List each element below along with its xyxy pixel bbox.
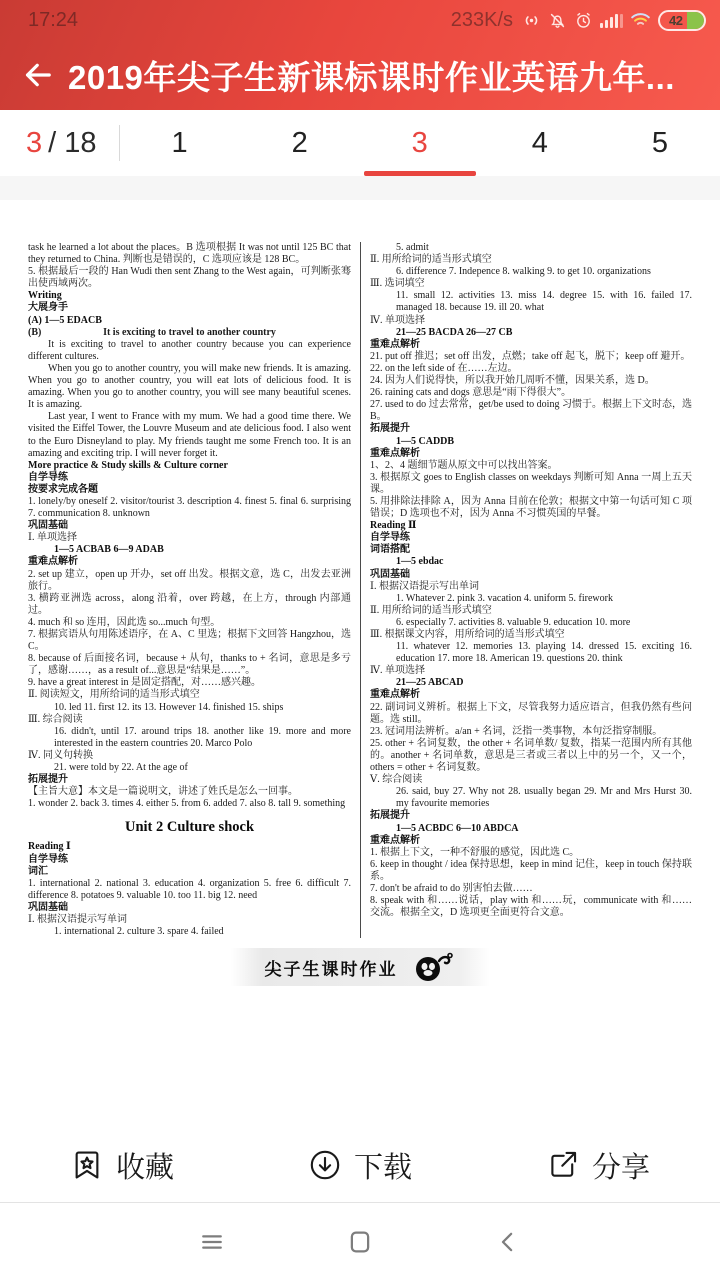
top-red-block: 17:24 233K/s [0,0,720,110]
doc-line: 5. 用排除法排除 A，因为 Anna 目前在伦敦；根据文中第一句话可知 C 项… [370,496,692,520]
hotspot-icon [522,11,541,30]
home-square-icon [345,1227,375,1257]
doc-line: 25. other + 名词复数，the other + 名词单数/ 复数，指某… [370,738,692,774]
doc-line: 6. keep in thought / idea 保持思想，keep in m… [370,859,692,883]
doc-column-right: 5. admitⅡ. 用所给词的适当形式填空6. difference 7. I… [360,242,692,938]
doc-line: Ⅴ. 综合阅读 [370,774,692,786]
doc-line: 26. said, buy 27. Why not 28. usually be… [370,786,692,810]
doc-line: 重难点解析 [370,835,692,847]
doc-line: 巩固基础 [28,902,351,914]
doc-line: (B)It is exciting to travel to another c… [28,327,351,339]
doc-line: 1—5 ebdac [370,556,692,568]
doc-line: 3. 根据原文 goes to English classes on weekd… [370,472,692,496]
back-button[interactable] [16,53,60,97]
doc-line: When you go to another country, you will… [28,363,351,411]
doc-line: 8. speak with 和……说话，play with 和……玩，commu… [370,895,692,919]
action-toolbar: 收藏 下载 分享 [0,1128,720,1203]
doc-line: 22. on the left side of 在……左边。 [370,363,692,375]
download-label: 下载 [354,1145,412,1186]
doc-line-text: It is exciting to travel to another coun… [103,327,276,338]
doc-line: It is exciting to travel to another coun… [28,339,351,363]
document-page[interactable]: task he learned a lot about the places。B… [0,200,720,1214]
share-label: 分享 [592,1145,650,1186]
doc-line: 自学导练 [370,532,692,544]
tab-page-4[interactable]: 4 [480,110,600,176]
doc-line: 拓展提升 [28,774,351,786]
signal-icon [600,13,623,28]
doc-line: 重难点解析 [370,448,692,460]
doc-line: 23. 冠词用法辨析。a/an + 名词，泛指一类事物，本句泛指穿制服。 [370,726,692,738]
doc-line: 拓展提升 [370,423,692,435]
doc-line: 6. especially 7. activities 8. valuable … [370,617,692,629]
doc-line: Reading Ⅰ [28,841,351,853]
doc-line: 拓展提升 [370,810,692,822]
home-button[interactable] [345,1227,375,1257]
android-nav-bar [0,1204,720,1280]
alarm-icon [574,11,593,30]
doc-line: 16. didn't, until 17. around trips 18. a… [28,726,351,750]
doc-line: Unit 2 Culture shock [28,818,351,836]
doc-line: 26. raining cats and dogs 意思是“雨下得很大”。 [370,387,692,399]
doc-line: 大展身手 [28,302,351,314]
doc-line: 11. whatever 12. memories 13. playing 14… [370,641,692,665]
doc-line-label: (B) [28,327,41,339]
battery-percent-text: 42 [669,13,682,28]
doc-line: 自学导练 [28,472,351,484]
bookmark-star-icon [70,1148,104,1182]
doc-line: 按要求完成各题 [28,484,351,496]
doc-line: 1—5 ACBAB 6—9 ADAB [28,544,351,556]
app-header: 2019年尖子生新课标课时作业英语九年... [0,40,720,110]
doc-line: 自学导练 [28,854,351,866]
status-bar: 17:24 233K/s [0,0,720,40]
tab-page-3[interactable]: 3 [360,110,480,176]
doc-line: Ⅰ. 根据汉语提示写单词 [28,914,351,926]
share-icon [546,1148,580,1182]
doc-line: Writing [28,290,351,302]
doc-line: 词语搭配 [370,544,692,556]
doc-line: 巩固基础 [370,569,692,581]
page-title: 2019年尖子生新课标课时作业英语九年... [68,52,675,99]
bell-muted-icon [548,11,567,30]
doc-line: Ⅱ. 阅读短文，用所给词的适当形式填空 [28,689,351,701]
doc-line: 4. much 和 so 连用，因此选 so...much 句型。 [28,617,351,629]
doc-line: Ⅱ. 用所给词的适当形式填空 [370,254,692,266]
doc-line: 24. 因为人们说得快，所以我开始几周听不懂，因果关系，选 D。 [370,375,692,387]
doc-line: Ⅳ. 单项选择 [370,315,692,327]
battery-fill [687,12,704,29]
doc-line: 3. 横跨亚洲选 across，along 沿着，over 跨越，在上方，thr… [28,593,351,617]
doc-line: 重难点解析 [370,689,692,701]
doc-line: 1—5 CADDB [370,436,692,448]
doc-line: 21—25 ABCAD [370,677,692,689]
tab-bar-tabs: 12345 [120,110,720,176]
doc-line: 21—25 BACDA 26—27 CB [370,327,692,339]
doc-line: 27. used to do 过去常常，get/be used to doing… [370,399,692,423]
doc-line: 重难点解析 [28,556,351,568]
doc-line: More practice & Study skills & Culture c… [28,460,351,472]
menu-icon [197,1227,227,1257]
recents-button[interactable] [197,1227,227,1257]
doc-line: 22. 副词词义辨析。根据上下文，尽管我努力适应语言，但我仍然有些问题。选 st… [370,702,692,726]
doc-line: Last year, I went to France with my mum.… [28,411,351,459]
doc-line: 1. lonely/by oneself 2. visitor/tourist … [28,496,351,520]
panda-swirl-logo-icon [412,951,456,983]
doc-line: (A) 1—5 EDACB [28,315,351,327]
network-speed-text: 233K/s [451,9,513,32]
page-tab-bar: 3 / 18 12345 [0,110,720,176]
tab-page-2[interactable]: 2 [240,110,360,176]
doc-line: Reading Ⅱ [370,520,692,532]
doc-line: Ⅳ. 同义句转换 [28,750,351,762]
doc-line: 巩固基础 [28,520,351,532]
doc-line: Ⅲ. 综合阅读 [28,714,351,726]
doc-line: Ⅲ. 选词填空 [370,278,692,290]
battery-indicator: 42 [658,10,706,31]
doc-line: 重难点解析 [370,339,692,351]
tab-page-5[interactable]: 5 [600,110,720,176]
doc-line: Ⅳ. 单项选择 [370,665,692,677]
doc-line: 词汇 [28,866,351,878]
wifi-icon [630,11,651,29]
share-button[interactable]: 分享 [546,1145,650,1186]
back-chevron-icon [493,1227,523,1257]
doc-line: 11. small 12. activities 13. miss 14. de… [370,290,692,314]
clock-text: 17:24 [28,9,78,32]
favorite-button[interactable]: 收藏 [70,1145,174,1186]
doc-line: 1、2、4 题细节题从原文中可以找出答案。 [370,460,692,472]
doc-line: 2. set up 建立，open up 开办，set off 出发。根据文意，… [28,569,351,593]
progress-current: 3 [26,127,42,160]
doc-line: 5. admit [370,242,692,254]
doc-line: 6. difference 7. Indepence 8. walking 9.… [370,266,692,278]
back-nav-button[interactable] [493,1227,523,1257]
document-reader[interactable]: task he learned a lot about the places。B… [0,176,720,1214]
doc-footer: 尖子生课时作业 [28,948,692,986]
doc-line: 1—5 ACBDC 6—10 ABDCA [370,823,692,835]
doc-line: 1. 根据上下文，一种不舒服的感觉，因此选 C。 [370,847,692,859]
doc-line: 1. Whatever 2. pink 3. vacation 4. unifo… [370,593,692,605]
doc-line: 【主旨大意】本文是一篇说明文，讲述了姓氏是怎么一回事。 [28,786,351,798]
doc-line: Ⅱ. 用所给词的适当形式填空 [370,605,692,617]
doc-line: 1. wonder 2. back 3. times 4. either 5. … [28,798,351,810]
doc-line: Ⅰ. 单项选择 [28,532,351,544]
doc-line: 7. don't be afraid to do 别害怕去做…… [370,883,692,895]
doc-line: 1. international 2. national 3. educatio… [28,878,351,902]
doc-line: 8. because of 后面接名词，because + 从句，thanks … [28,653,351,677]
progress-total: / 18 [48,127,96,160]
download-circle-icon [308,1148,342,1182]
doc-line: 21. were told by 22. At the age of [28,762,351,774]
page-progress: 3 / 18 [0,110,97,176]
tab-page-1[interactable]: 1 [120,110,240,176]
doc-line: 7. 根据宾语从句用陈述语序，在 A、C 里选；根据下文回答 Hangzhou，… [28,629,351,653]
doc-line: task he learned a lot about the places。B… [28,242,351,266]
favorite-label: 收藏 [116,1145,174,1186]
arrow-left-icon [20,57,56,93]
doc-line: 10. led 11. first 12. its 13. However 14… [28,702,351,714]
doc-line: Ⅲ. 根据课文内容，用所给词的适当形式填空 [370,629,692,641]
brand-name: 尖子生课时作业 [265,955,398,980]
doc-line: Ⅰ. 根据汉语提示写出单词 [370,581,692,593]
doc-line: 5. 根据最后一段的 Han Wudi then sent Zhang to t… [28,266,351,290]
doc-column-left: task he learned a lot about the places。B… [28,242,360,938]
doc-line: 21. put off 推迟；set off 出发，点燃；take off 起飞… [370,351,692,363]
doc-line: 1. international 2. culture 3. spare 4. … [28,926,351,938]
doc-line: 9. have a great interest in 是固定搭配，对……感兴趣… [28,677,351,689]
download-button[interactable]: 下载 [308,1145,412,1186]
